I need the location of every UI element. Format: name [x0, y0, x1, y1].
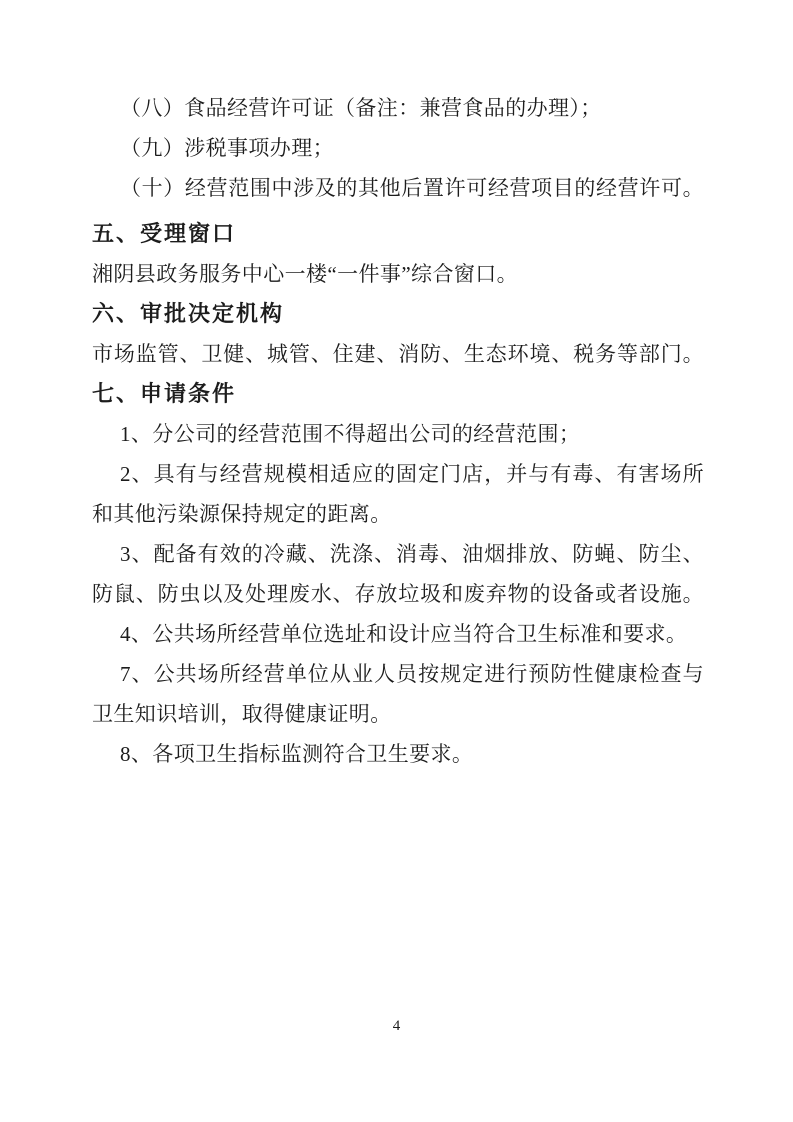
list-item-9: （九）涉税事项办理； [92, 128, 704, 168]
list-item-8: （八）食品经营许可证（备注：兼营食品的办理）； [92, 88, 704, 128]
condition-item-3-line-2: 防鼠、防虫以及处理废水、存放垃圾和废弃物的设备或者设施。 [92, 574, 704, 614]
condition-item-1: 1、分公司的经营范围不得超出公司的经营范围； [92, 414, 704, 454]
section-heading-approval-authority: 六、审批决定机构 [92, 294, 704, 334]
condition-item-2-line-1: 2、具有与经营规模相适应的固定门店，并与有毒、有害场所 [92, 454, 704, 494]
condition-item-8: 8、各项卫生指标监测符合卫生要求。 [92, 734, 704, 774]
document-body: （八）食品经营许可证（备注：兼营食品的办理）； （九）涉税事项办理； （十）经营… [92, 88, 704, 774]
section-body-approval-authority: 市场监管、卫健、城管、住建、消防、生态环境、税务等部门。 [92, 334, 704, 374]
section-body-acceptance-window: 湘阴县政务服务中心一楼“一件事”综合窗口。 [92, 254, 704, 294]
section-heading-acceptance-window: 五、受理窗口 [92, 214, 704, 254]
list-item-10: （十）经营范围中涉及的其他后置许可经营项目的经营许可。 [92, 168, 704, 208]
document-page: （八）食品经营许可证（备注：兼营食品的办理）； （九）涉税事项办理； （十）经营… [0, 0, 793, 1122]
section-heading-application-conditions: 七、申请条件 [92, 374, 704, 414]
page-number: 4 [0, 1018, 793, 1035]
condition-item-2-line-2: 和其他污染源保持规定的距离。 [92, 494, 704, 534]
condition-item-7-line-1: 7、公共场所经营单位从业人员按规定进行预防性健康检查与 [92, 654, 704, 694]
condition-item-7-line-2: 卫生知识培训，取得健康证明。 [92, 694, 704, 734]
condition-item-3-line-1: 3、配备有效的冷藏、洗涤、消毒、油烟排放、防蝇、防尘、 [92, 534, 704, 574]
condition-item-4: 4、公共场所经营单位选址和设计应当符合卫生标准和要求。 [92, 614, 704, 654]
